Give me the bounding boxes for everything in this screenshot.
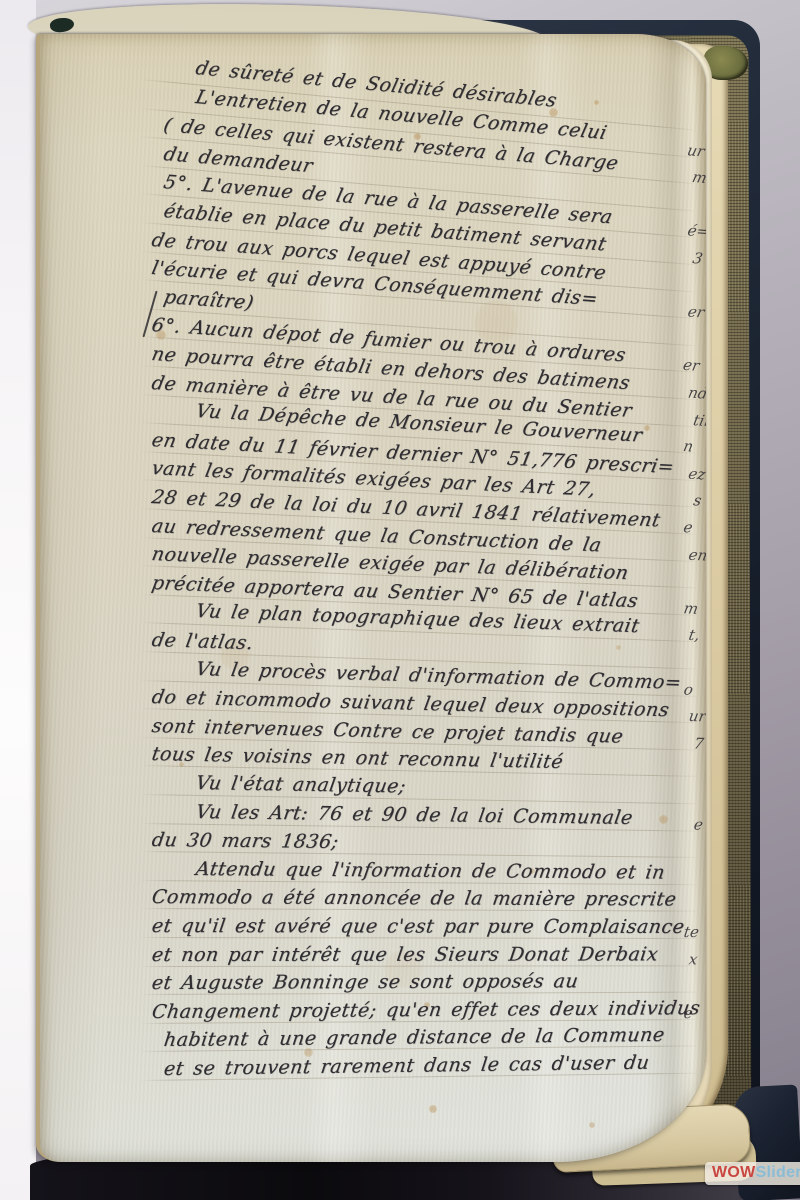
underpage-text-fragment: te [683, 923, 700, 941]
manuscript-line: de l'atlas. [150, 628, 255, 655]
fox-spot [659, 815, 668, 824]
underpage-text-fragment: e [693, 815, 705, 833]
fox-spot [616, 645, 621, 650]
underpage-text-fragment: ez= [687, 465, 706, 484]
fox-spot [589, 1122, 595, 1128]
fox-spot [429, 1105, 437, 1113]
manuscript-line: du 30 mars 1836; [150, 828, 340, 854]
underpage-text-fragment: t, [687, 626, 701, 644]
underpage-text-fragment: é= [686, 222, 706, 241]
manuscript-line: habitent à une grande distance de la Com… [162, 1023, 666, 1052]
underpage-text-fragment: 7 [693, 734, 705, 752]
underpage-text-fragment: ur [685, 141, 706, 160]
underpage-text-fragment: m [691, 168, 706, 187]
manuscript-line: tous les voisins en ont reconnu l'utilit… [150, 742, 565, 774]
underpage-text-fragment: ur [687, 707, 706, 725]
wowslider-watermark[interactable]: WOWSlider [705, 1162, 800, 1185]
watermark-wow-label: WOW [712, 1164, 756, 1181]
manuscript-line: et Auguste Bonninge se sont opposés au [150, 969, 580, 995]
underpage-text-fragment: tir [692, 411, 706, 430]
underpage-text-fragment: e [682, 518, 694, 536]
manuscript-line: Changement projetté; qu'en effet ces deu… [150, 996, 701, 1024]
underpage-text-fragment: x [688, 950, 699, 968]
left-white-margin [0, 0, 36, 1200]
manuscript-line: Commodo a été annoncée de la manière pre… [150, 885, 678, 911]
manuscript-line: Vu l'état analytique; [194, 771, 408, 798]
manuscript-line: Attendu que l'information de Commodo et … [194, 857, 667, 885]
underpage-text-fragment: er [686, 303, 706, 322]
underpage-text-fragment: n [682, 437, 695, 455]
underpage-text-fragment: o [682, 680, 694, 698]
fox-spot [594, 100, 599, 105]
fox-spot [644, 425, 650, 431]
underpage-text-fragment: er [681, 356, 701, 375]
underpage-text-fragment: s [692, 492, 703, 510]
manuscript-line: et non par intérêt que les Sieurs Donat … [150, 942, 660, 967]
manuscript-photo: urmé=3ererndstirnez=seentmt,our7etexe de… [0, 0, 800, 1200]
underpage-text-fragment: 3 [691, 249, 704, 267]
manuscript-line: et se trouvent rarement dans le cas d'us… [162, 1051, 650, 1081]
underpage-text-fragment: ent [687, 545, 706, 564]
watermark-slider-label: Slider [756, 1164, 800, 1181]
underpage-text-fragment: nds [687, 384, 706, 403]
manuscript-line: et qu'il est avéré que c'est par pure Co… [150, 914, 686, 939]
underpage-text-fragment: m [682, 599, 699, 617]
manuscript-page: urmé=3ererndstirnez=seentmt,our7etexe de… [36, 34, 706, 1162]
